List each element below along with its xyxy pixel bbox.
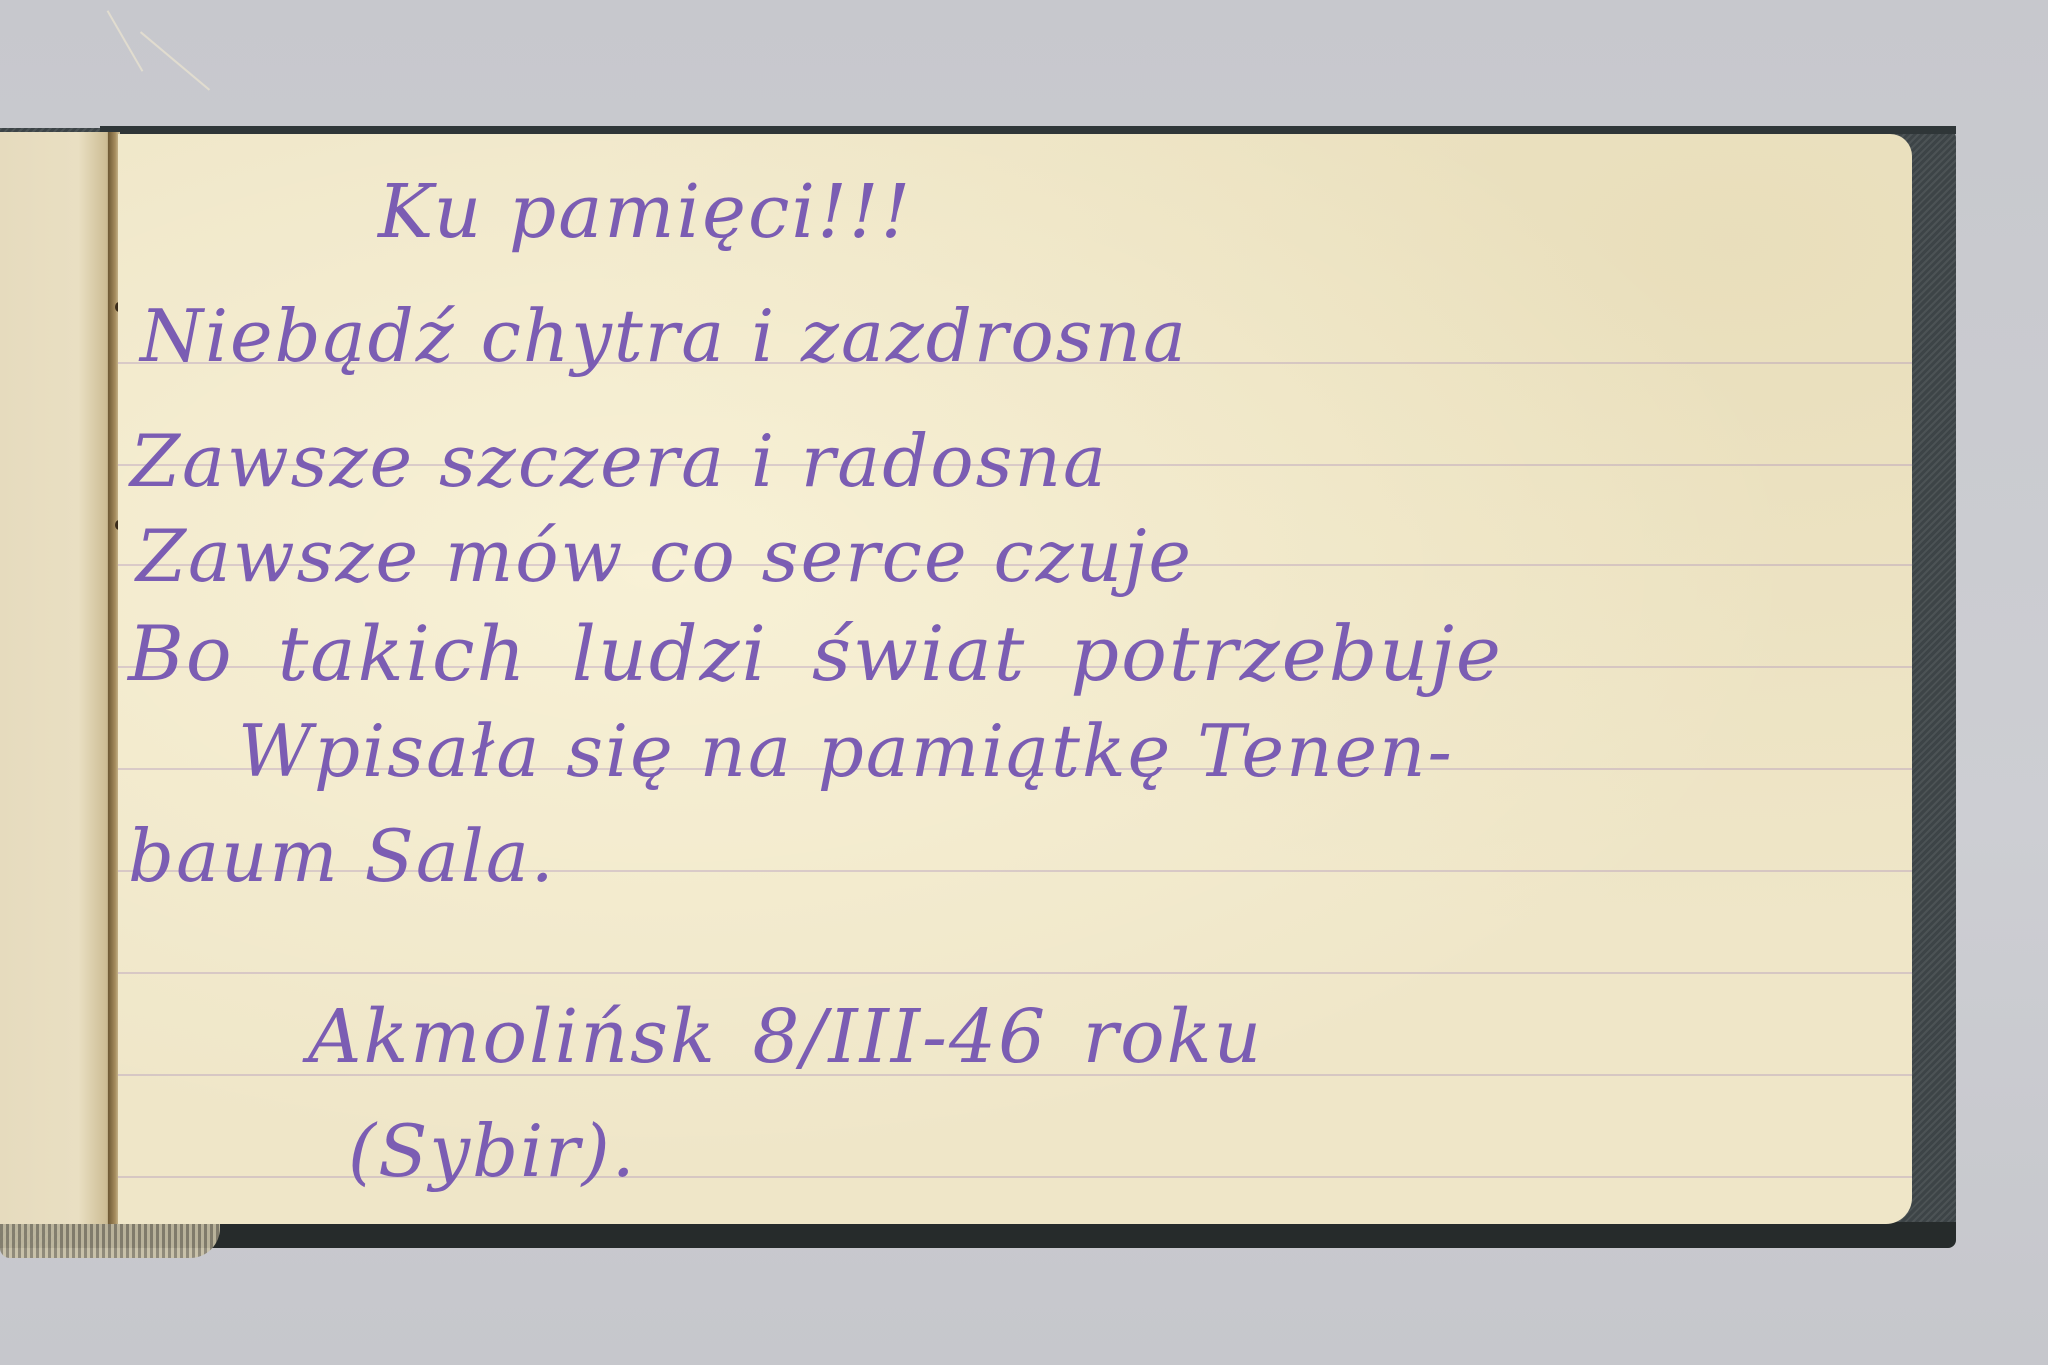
cover-bottom-edge [60, 1222, 1956, 1248]
verse-line-3: Zawsze mów co serce czuje [136, 514, 1193, 598]
ruled-line [118, 972, 1912, 974]
place-note: (Sybir). [348, 1109, 637, 1193]
signature-line-2: baum Sala. [128, 814, 556, 898]
right-page: Ku pamięci!!! Niebądź chytra i zazdrosna… [118, 134, 1912, 1224]
cover-top-edge [100, 126, 1956, 134]
handwritten-title: Ku pamięci!!! [378, 169, 912, 255]
verse-line-1: Niebądź chytra i zazdrosna [140, 294, 1188, 378]
verse-line-2: Zawsze szczera i radosna [130, 419, 1108, 503]
place-date: Akmolińsk 8/III-46 roku [308, 994, 1263, 1080]
frayed-binding [0, 1218, 220, 1258]
signature-line-1: Wpisała się na pamiątkę Tenen- [238, 709, 1454, 793]
left-page [0, 132, 112, 1224]
verse-line-4: Bo takich ludzi świat potrzebuje [128, 609, 1503, 698]
